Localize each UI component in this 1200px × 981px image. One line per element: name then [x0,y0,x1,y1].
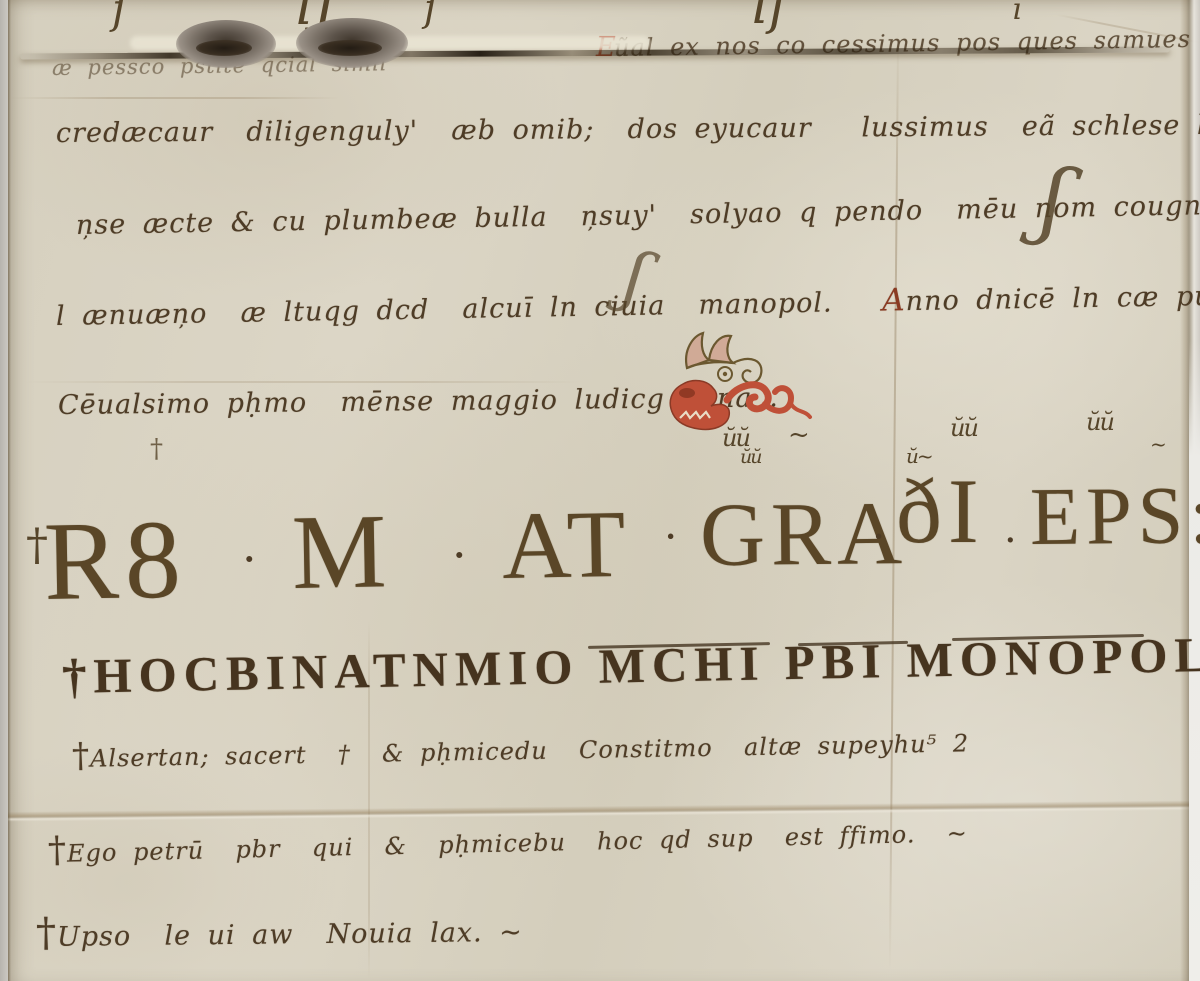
display-separator: · [242,532,257,586]
abbreviation-squiggle: ŭ~ [906,444,932,468]
squiggle-under-ornament: ~ [788,420,810,450]
display-separator: · [872,512,885,561]
line-4-post: nno dnicē ln cæ puæ gonis millesimo [905,276,1200,318]
crease-mid-left [24,381,584,383]
clipped-ascender: ſ [424,0,438,30]
display-word-m: M [291,490,393,614]
damage-hole-core [196,40,252,56]
clipped-ascender: ı [1012,0,1022,27]
parchment-left-edge [8,0,11,981]
abbreviation-squiggle: ŭŭ [740,446,760,468]
crease-top-left [10,97,340,99]
display-word-at: AT [501,488,632,601]
signum-cross: † [48,830,68,871]
display-separator: · [664,512,677,561]
small-cross-mark: † [150,434,163,464]
damage-hole-core [318,40,382,56]
display-separator: · [452,528,467,582]
subscription-text: Upso le ui aw Nouia lax. ~ [57,917,523,953]
clipped-ascender: ſ [112,0,128,33]
display-word-di: ðI [896,458,985,564]
photo-background-strip-left [0,0,8,981]
abbreviation-squiggle: ŭŭ [950,414,977,442]
subscription-line-3: †Upso le ui aw Nouia lax. ~ [36,905,523,956]
display-word-ro: R8 [43,496,188,627]
signum-cross: † [36,910,57,956]
line-4-red-initial: A [882,282,906,318]
cross-on-r-stem: † [26,520,48,571]
abbreviation-squiggle: ŭŭ [1086,408,1113,436]
signum-cross: † [72,736,91,776]
manuscript-photo: ſ lJ ſ lſ ı æ pessco pstite qcial simil … [0,0,1200,981]
abbreviation-squiggle: ~ [1150,432,1167,456]
display-word-eps: EPS: [1030,468,1200,564]
display-separator: · [1004,518,1017,564]
